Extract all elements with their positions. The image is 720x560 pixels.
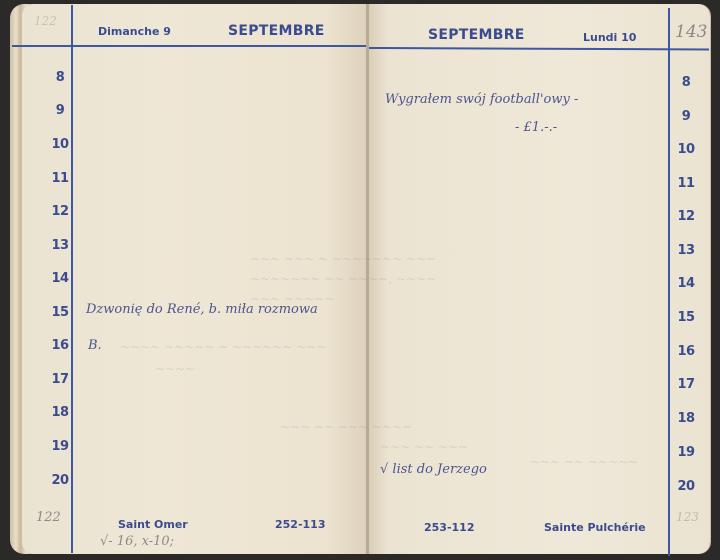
left-saint-name: Saint Omer [118,518,188,531]
right-hour-15: 15 [666,310,706,325]
bleed-through-text: ~~~ ~~ ~~~~~ [530,455,638,469]
right-hour-13: 13 [666,243,706,258]
handwritten-entry: Dzwonię do René, b. miła rozmowa [86,302,318,317]
right-hour-11: 11 [666,176,706,191]
pencil-tally-note: √- 16, x-10; [100,534,174,549]
left-day-count: 252-113 [275,518,326,531]
left-day-label: Dimanche 9 [98,25,171,38]
open-diary: 122 Dimanche 9 SEPTEMBRE SEPTEMBRE Lundi… [0,0,720,560]
bleed-through-text: ~~~ ~~~ ~ ~~~~~~~ ~~~ [250,252,436,266]
handwritten-entry: B. [88,338,102,353]
left-hour-10: 10 [40,137,80,152]
right-corner-faint-number: 123 [676,510,699,524]
left-hour-9: 9 [40,103,80,118]
handwritten-entry: Wygrałem swój football'owy - [385,92,578,107]
right-day-label: Lundi 10 [583,31,636,44]
right-hour-9: 9 [666,109,706,124]
left-corner-faint-number: 122 [34,14,57,28]
right-hour-10: 10 [666,142,706,157]
left-page-pencil-number: 122 [36,510,61,525]
right-month-title: SEPTEMBRE [428,27,525,43]
bleed-through-text: ~~~ ~~ ~~~ ~~~~ [280,420,412,434]
handwritten-entry: - £1.-.- [515,120,557,135]
left-hour-17: 17 [40,372,80,387]
bleed-through-text: ~~~~~~~ ~~ ~~~~, ~~~~ [250,272,436,286]
left-hour-11: 11 [40,171,80,186]
bleed-through-text: ~~~ ~~ ~~~ [380,440,468,454]
bleed-through-text: ~~~~ ~~~~~ ~ ~~~~~~ ~~~ [120,340,326,354]
left-hour-19: 19 [40,439,80,454]
right-hour-19: 19 [666,445,706,460]
right-saint-name: Sainte Pulchérie [544,521,646,534]
right-day-count: 253-112 [424,521,475,534]
right-hour-18: 18 [666,411,706,426]
right-hour-16: 16 [666,344,706,359]
left-hour-12: 12 [40,204,80,219]
left-hour-20: 20 [40,473,80,488]
left-hour-15: 15 [40,305,80,320]
left-hour-13: 13 [40,238,80,253]
left-hour-18: 18 [40,405,80,420]
left-header-rule [12,45,366,47]
handwritten-entry: √ list do Jerzego [380,462,487,477]
left-hour-16: 16 [40,338,80,353]
right-page-pencil-number: 143 [675,22,707,42]
right-hour-8: 8 [666,75,706,90]
right-hour-14: 14 [666,276,706,291]
right-hour-20: 20 [666,479,706,494]
right-hour-12: 12 [666,209,706,224]
left-month-title: SEPTEMBRE [228,23,325,39]
left-hour-8: 8 [40,70,80,85]
bleed-through-text: ~~~~ [155,362,195,376]
left-hour-14: 14 [40,271,80,286]
right-hour-17: 17 [666,377,706,392]
